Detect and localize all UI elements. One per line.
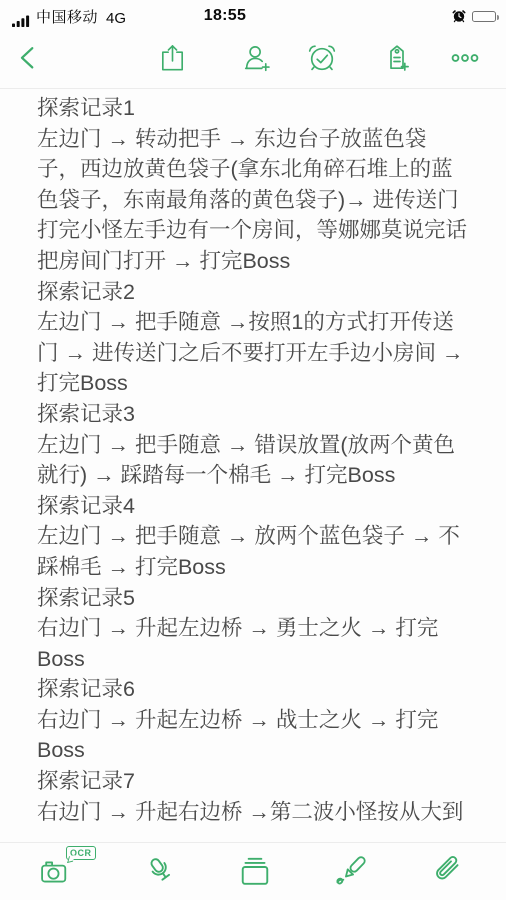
card-holder-icon	[235, 852, 275, 892]
ocr-camera-button[interactable]: OCR	[36, 850, 80, 894]
more-button[interactable]	[448, 41, 482, 75]
status-bar: 中国移动 4G 18:55	[0, 0, 506, 28]
app-screen: 中国移动 4G 18:55	[0, 0, 506, 900]
add-contact-icon	[243, 43, 274, 74]
note-line: 左边门 → 转动把手 → 东边台子放蓝色袋	[37, 124, 506, 155]
signature-pen-button[interactable]	[330, 850, 374, 894]
note-line: 探索记录4	[37, 491, 506, 522]
share-icon	[157, 43, 188, 74]
note-line: 踩棉毛 → 打完Boss	[37, 552, 506, 583]
note-line: 探索记录6	[37, 674, 506, 705]
note-line: 探索记录1	[37, 93, 506, 124]
note-line: 右边门 → 升起右边桥 →第二波小怪按从大到	[37, 797, 506, 828]
note-line: 探索记录3	[37, 399, 506, 430]
share-button[interactable]	[155, 41, 189, 75]
note-content[interactable]: 探索记录1左边门 → 转动把手 → 东边台子放蓝色袋子，西边放黄色袋子(拿东北角…	[37, 93, 506, 827]
card-holder-button[interactable]	[233, 850, 277, 894]
tag-button[interactable]	[380, 41, 414, 75]
ocr-badge: OCR	[66, 846, 96, 860]
paperclip-icon	[428, 852, 468, 892]
voice-button[interactable]	[138, 850, 182, 894]
note-line: 门 → 进传送门之后不要打开左手边小房间 →	[37, 338, 506, 369]
note-line: 打完Boss	[37, 368, 506, 399]
note-line: Boss	[37, 644, 506, 675]
note-line: 探索记录5	[37, 583, 506, 614]
signature-pen-icon	[332, 852, 372, 892]
nav-toolbar	[0, 28, 506, 88]
more-dots-icon	[449, 42, 481, 74]
note-line: Boss	[37, 735, 506, 766]
note-line: 右边门 → 升起左边桥 → 战士之火 → 打完	[37, 705, 506, 736]
back-chevron-icon	[14, 43, 44, 73]
battery-icon	[472, 11, 496, 22]
note-line: 左边门 → 把手随意 → 放两个蓝色袋子 → 不	[37, 521, 506, 552]
add-contact-button[interactable]	[241, 41, 275, 75]
bottom-toolbar: OCR	[0, 843, 506, 900]
note-line: 探索记录7	[37, 766, 506, 797]
note-line: 子，西边放黄色袋子(拿东北角碎石堆上的蓝	[37, 154, 506, 185]
note-line: 把房间门打开 → 打完Boss	[37, 246, 506, 277]
tag-add-icon	[381, 42, 413, 74]
note-line: 就行) → 踩踏每一个棉毛 → 打完Boss	[37, 460, 506, 491]
clock-time: 18:55	[0, 7, 450, 25]
reminder-clock-check-icon	[306, 42, 338, 74]
toolbar-divider	[0, 88, 506, 89]
back-button[interactable]	[12, 41, 46, 75]
alarm-clock-icon	[452, 9, 466, 23]
note-line: 左边门 → 把手随意 → 错误放置(放两个黄色	[37, 430, 506, 461]
reminder-button[interactable]	[305, 41, 339, 75]
note-line: 色袋子，东南最角落的黄色袋子)→ 进传送门	[37, 185, 506, 216]
microphone-icon	[140, 852, 180, 892]
note-line: 探索记录2	[37, 277, 506, 308]
note-line: 打完小怪左手边有一个房间，等娜娜莫说完话	[37, 215, 506, 246]
attachment-button[interactable]	[426, 850, 470, 894]
note-line: 左边门 → 把手随意 →按照1的方式打开传送	[37, 307, 506, 338]
note-line: 右边门 → 升起左边桥 → 勇士之火 → 打完	[37, 613, 506, 644]
